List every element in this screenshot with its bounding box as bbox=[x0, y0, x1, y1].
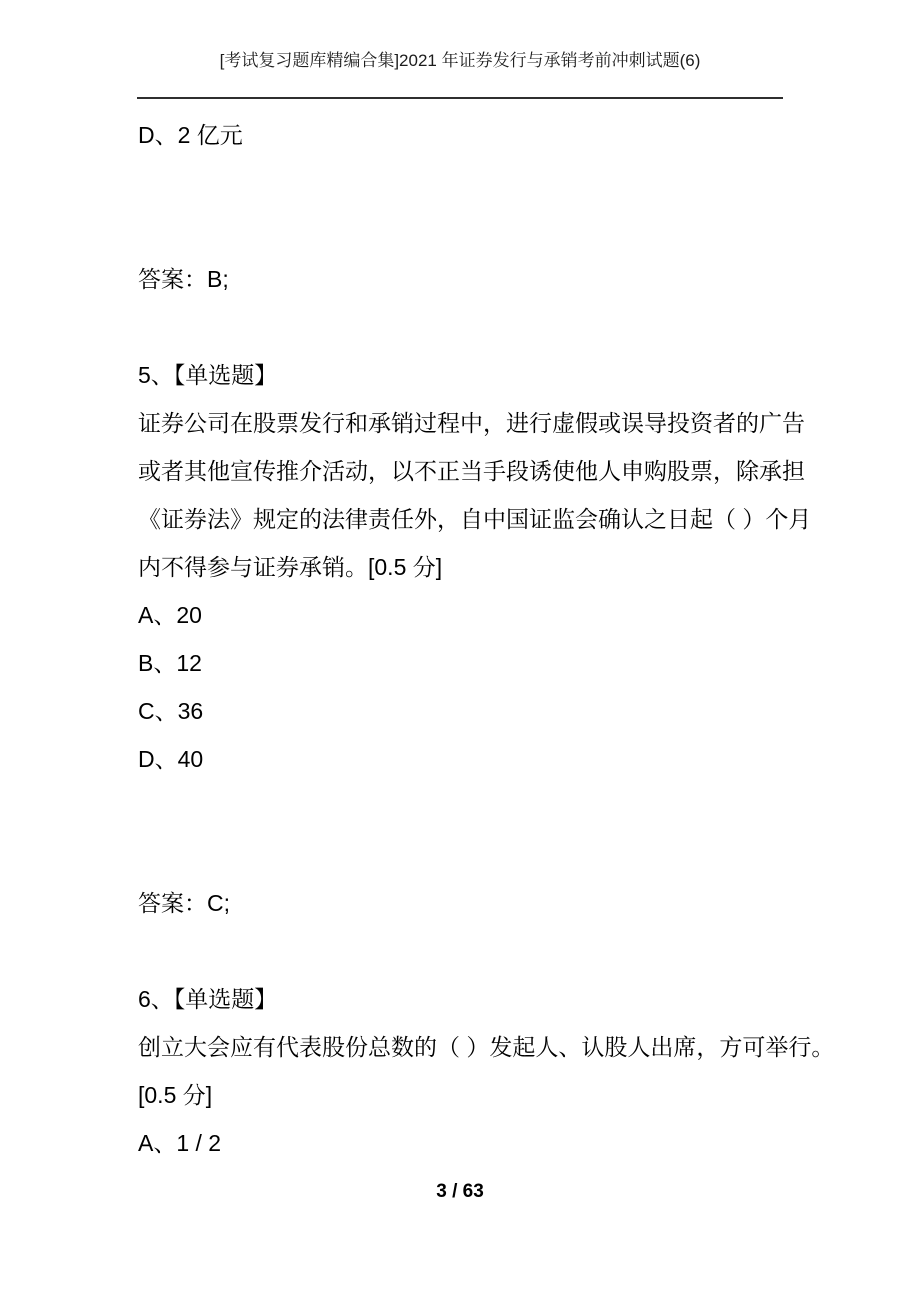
q5-option-c: C、36 bbox=[138, 687, 838, 735]
blank-line bbox=[138, 207, 838, 255]
q4-answer: 答案：B; bbox=[138, 255, 838, 303]
q4-option-d: D、2 亿元 bbox=[138, 111, 838, 159]
blank-line bbox=[138, 783, 838, 831]
q6-score-line: [0.5 分] bbox=[138, 1071, 838, 1119]
blank-line bbox=[138, 927, 838, 975]
blank-line bbox=[138, 831, 838, 879]
q5-text-line-3: 《证券法》规定的法律责任外，自中国证监会确认之日起（ ）个月 bbox=[138, 495, 838, 543]
document-header-title: [考试复习题库精编合集]2021 年证券发行与承销考前冲刺试题(6) bbox=[0, 50, 920, 72]
q6-option-a: A、1 / 2 bbox=[138, 1119, 838, 1167]
blank-line bbox=[138, 303, 838, 351]
q5-heading: 5、【单选题】 bbox=[138, 351, 838, 399]
page-number-indicator: 3 / 63 bbox=[0, 1181, 920, 1203]
q5-option-a: A、20 bbox=[138, 591, 838, 639]
q5-option-b: B、12 bbox=[138, 639, 838, 687]
q5-option-d: D、40 bbox=[138, 735, 838, 783]
q5-text-line-4: 内不得参与证券承销。[0.5 分] bbox=[138, 543, 838, 591]
q5-answer: 答案：C; bbox=[138, 879, 838, 927]
document-body: D、2 亿元 答案：B; 5、【单选题】 证券公司在股票发行和承销过程中，进行虚… bbox=[138, 111, 838, 1167]
q5-text-line-2: 或者其他宣传推介活动，以不正当手段诱使他人申购股票，除承担 bbox=[138, 447, 838, 495]
header-divider-line bbox=[137, 97, 783, 99]
q5-text-line-1: 证券公司在股票发行和承销过程中，进行虚假或误导投资者的广告 bbox=[138, 399, 838, 447]
q6-heading: 6、【单选题】 bbox=[138, 975, 838, 1023]
q6-text-line-1: 创立大会应有代表股份总数的（ ）发起人、认股人出席，方可举行。 bbox=[138, 1023, 838, 1071]
document-page: [考试复习题库精编合集]2021 年证券发行与承销考前冲刺试题(6) D、2 亿… bbox=[0, 0, 920, 1302]
blank-line bbox=[138, 159, 838, 207]
